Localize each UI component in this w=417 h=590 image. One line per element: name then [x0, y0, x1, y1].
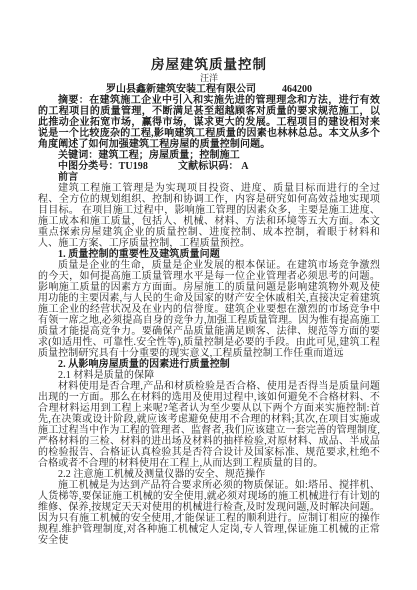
author-name: 汪洋: [38, 73, 380, 84]
affiliation-postal-code: 464200: [282, 84, 312, 95]
document-page: 房屋建筑质量控制 汪洋 罗山县鑫新建筑安装工程有限公司464200 摘要：在建筑…: [0, 0, 417, 590]
section-2-1-paragraph: 材料使用是否合理,产品和材质检验是否合格、使用是否得当是质量问题出现的一方面。那…: [38, 381, 380, 469]
clc-line: 中图分类号：TU198文献标识码： A: [38, 161, 380, 172]
document-code: 文献标识码： A: [178, 161, 249, 172]
preface-heading: 前言: [38, 172, 380, 183]
page-title: 房屋建筑质量控制: [38, 57, 380, 73]
keywords-line: 关键词：建筑工程；房屋质量；控制施工: [38, 150, 380, 161]
affiliation-line: 罗山县鑫新建筑安装工程有限公司464200: [38, 84, 380, 95]
section-2-2-paragraph: 施工机械是为达到产品符合要求所必须的物质保证。如:塔吊、搅拌机、人货梯等,要保证…: [38, 480, 380, 546]
abstract-paragraph: 摘要：在建筑施工企业中引入和实施先进的管理理念和方法，进行有效的工程项目的质量管…: [38, 95, 380, 150]
clc-number: 中图分类号：TU198: [58, 161, 148, 172]
preface-paragraph: 建筑工程施工管理是为实现项目投资、进度、质量目标而进行的全过程、全方位的规划组织…: [38, 183, 380, 249]
section-2-1-heading: 2.1 材料是质量的保障: [38, 370, 380, 381]
section-2-2-heading: 2.2 注意施工机械及测量仪器的安全、规范操作: [38, 469, 380, 480]
affiliation-company: 罗山县鑫新建筑安装工程有限公司: [106, 84, 256, 95]
section-1-paragraph: 质量是企业的生命，质量是企业发展的根本保证。在建筑市场竞争激烈的今天，如何提高施…: [38, 260, 380, 359]
section-1-heading: 1. 质量控制的重要性及建筑质量问题: [38, 249, 380, 260]
section-2-heading: 2. 从影响房屋质量的因素进行质量控制: [38, 359, 380, 370]
